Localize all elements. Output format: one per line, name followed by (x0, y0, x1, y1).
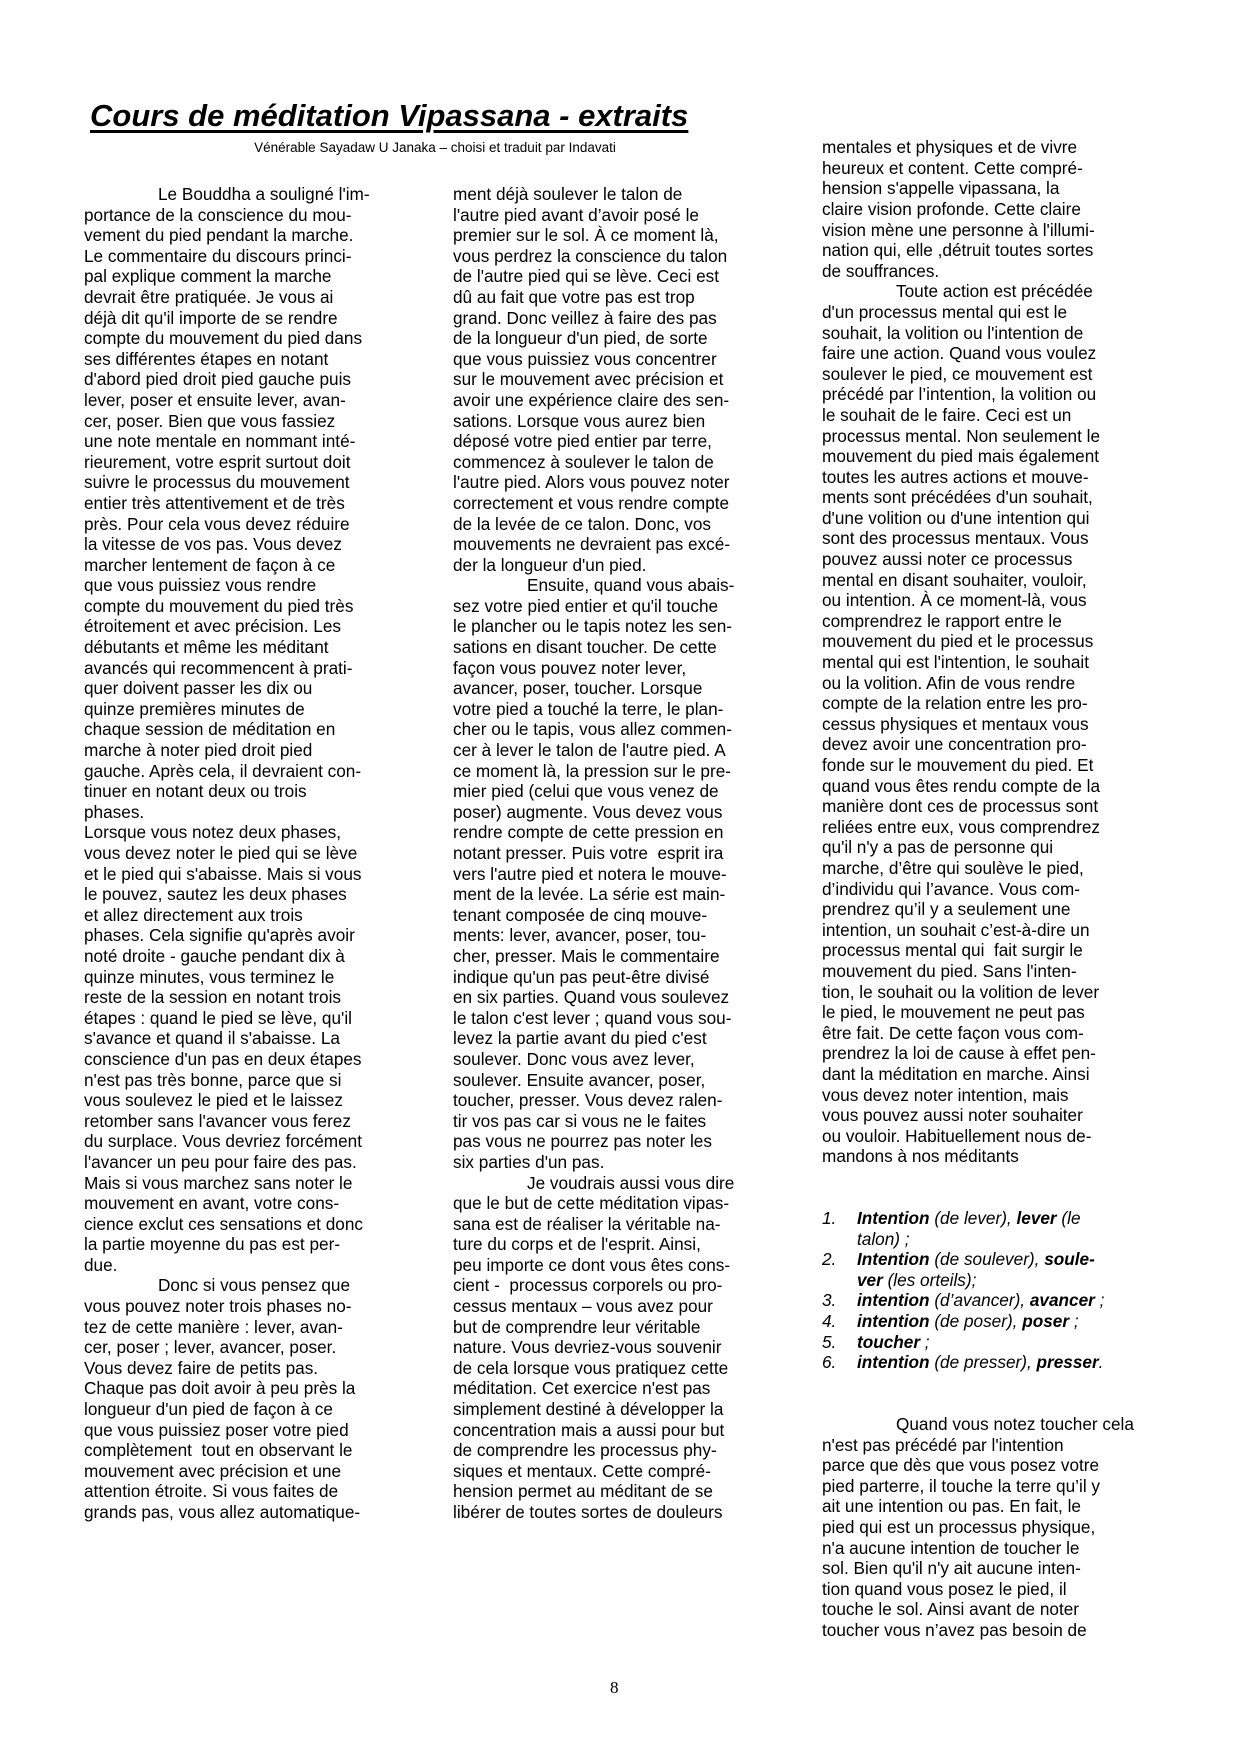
text-line: mouvement du pied et le processus (822, 631, 1134, 652)
text-line: mier pied (celui que vous venez de (453, 781, 734, 802)
text-line: claire vision profonde. Cette claire (822, 199, 1134, 220)
text-line: pouvez aussi noter ce processus (822, 549, 1134, 570)
text-line: vous perdrez la conscience du talon (453, 246, 734, 267)
text-line: que le but de cette méditation vipas- (453, 1193, 734, 1214)
text-line: six parties d'un pas. (453, 1152, 734, 1173)
text-line: le pied, le mouvement ne peut pas (822, 1002, 1134, 1023)
text-line: poser) augmente. Vous devez vous (453, 802, 734, 823)
text-line: suivre le processus du mouvement (84, 472, 370, 493)
text-line: ments: lever, avancer, poser, tou- (453, 925, 734, 946)
text-line: manière dont ces de processus sont (822, 796, 1134, 817)
text-line: du surplace. Vous devriez forcément (84, 1131, 370, 1152)
text-line: mouvement du pied. Sans l'inten- (822, 961, 1134, 982)
text-line: et allez directement aux trois (84, 905, 370, 926)
text-line: compte de la relation entre les pro- (822, 693, 1134, 714)
list-item: 4.intention (de poser), poser ; (822, 1311, 1134, 1332)
text-line: pied parterre, il touche la terre qu’il … (822, 1476, 1134, 1497)
text-line: déjà dit qu'il importe de se rendre (84, 308, 370, 329)
text-line: ment de la levée. La série est main- (453, 884, 734, 905)
text-line: prendrez la loi de cause à effet pen- (822, 1043, 1134, 1064)
text-line: soulever le pied, ce mouvement est (822, 364, 1134, 385)
list-number: 3. (822, 1290, 857, 1311)
column-3-top-text: mentales et physiques et de vivreheureux… (822, 137, 1134, 1167)
text-line: déposé votre pied entier par terre, (453, 431, 734, 452)
text-line: reliées entre eux, vous comprendrez (822, 817, 1134, 838)
text-line: portance de la conscience du mou- (84, 205, 370, 226)
text-line: noté droite - gauche pendant dix à (84, 946, 370, 967)
text-line: nation qui, elle ,détruit toutes sortes (822, 240, 1134, 261)
text-line: pied qui est un processus physique, (822, 1517, 1134, 1538)
text-line: cher, presser. Mais le commentaire (453, 946, 734, 967)
text-line: ture du corps et de l'esprit. Ainsi, (453, 1234, 734, 1255)
text-line: simplement destiné à développer la (453, 1399, 734, 1420)
text-line: façon vous pouvez noter lever, (453, 658, 734, 679)
text-line: la vitesse de vos pas. Vous devez (84, 534, 370, 555)
text-line: cer, poser ; lever, avancer, poser. (84, 1337, 370, 1358)
text-line: mentales et physiques et de vivre (822, 137, 1134, 158)
text-line: sur le mouvement avec précision et (453, 369, 734, 390)
text-line: comprendrez le rapport entre le (822, 611, 1134, 632)
text-line: marche, d’être qui soulève le pied, (822, 858, 1134, 879)
list-number: 6. (822, 1352, 857, 1373)
numbered-list: 1.Intention (de lever), lever (letalon) … (822, 1208, 1134, 1373)
text-line: ses différentes étapes en notant (84, 349, 370, 370)
text-line: prendrez qu’il y a seulement une (822, 899, 1134, 920)
text-line: Toute action est précédée (822, 281, 1134, 302)
text-line: quinze premières minutes de (84, 699, 370, 720)
text-line: mental qui est l'intention, le souhait (822, 652, 1134, 673)
text-line: mental en disant souhaiter, vouloir, (822, 570, 1134, 591)
text-line: peu importe ce dont vous êtes cons- (453, 1255, 734, 1276)
text-line: Vous devez faire de petits pas. (84, 1358, 370, 1379)
text-line: phases. (84, 802, 370, 823)
text-line: n'a aucune intention de toucher le (822, 1538, 1134, 1559)
text-line: l'autre pied. Alors vous pouvez noter (453, 472, 734, 493)
text-line: mouvement avec précision et une (84, 1461, 370, 1482)
text-line: rendre compte de cette pression en (453, 822, 734, 843)
text-line: compte du mouvement du pied très (84, 596, 370, 617)
list-item: 5.toucher ; (822, 1332, 1134, 1353)
text-line: vous pouvez aussi noter souhaiter (822, 1105, 1134, 1126)
text-line: être fait. De cette façon vous com- (822, 1023, 1134, 1044)
text-line: vous pouvez noter trois phases no- (84, 1296, 370, 1317)
text-line: vous devez noter le pied qui se lève (84, 843, 370, 864)
text-line: votre pied a touché la terre, le plan- (453, 699, 734, 720)
text-line: sana est de réaliser la véritable na- (453, 1214, 734, 1235)
text-line: soulever. Donc vous avez lever, (453, 1049, 734, 1070)
text-line: ments sont précédées d'un souhait, (822, 487, 1134, 508)
text-line: nature. Vous devriez-vous souvenir (453, 1337, 734, 1358)
text-line: ou vouloir. Habituellement nous de- (822, 1126, 1134, 1147)
text-line: tinuer en notant deux ou trois (84, 781, 370, 802)
text-line: de la levée de ce talon. Donc, vos (453, 514, 734, 535)
text-line: grands pas, vous allez automatique- (84, 1502, 370, 1523)
text-line: toucher vous n’avez pas besoin de (822, 1620, 1134, 1641)
text-line: étroitement et avec précision. Les (84, 616, 370, 637)
text-line: précédé par l’intention, la volition ou (822, 384, 1134, 405)
text-line: retomber sans l'avancer vous ferez (84, 1111, 370, 1132)
text-line: correctement et vous rendre compte (453, 493, 734, 514)
text-line: Donc si vous pensez que (84, 1275, 370, 1296)
text-line: processus mental qui fait surgir le (822, 940, 1134, 961)
text-line: d'un processus mental qui est le (822, 302, 1134, 323)
text-line: vous devez noter intention, mais (822, 1085, 1134, 1106)
text-line: méditation. Cet exercice n'est pas (453, 1378, 734, 1399)
text-line: cer, poser. Bien que vous fassiez (84, 411, 370, 432)
text-line: que vous puissiez vous concentrer (453, 349, 734, 370)
text-line: toucher, presser. Vous devez ralen- (453, 1090, 734, 1111)
text-line: devrait être pratiquée. Je vous ai (84, 287, 370, 308)
text-line: Lorsque vous notez deux phases, (84, 822, 370, 843)
text-line: conscience d'un pas en deux étapes (84, 1049, 370, 1070)
text-line: quinze minutes, vous terminez le (84, 967, 370, 988)
text-line: complètement tout en observant le (84, 1440, 370, 1461)
text-line: phases. Cela signifie qu'après avoir (84, 925, 370, 946)
text-line: sations. Lorsque vous aurez bien (453, 411, 734, 432)
text-line: de comprendre les processus phy- (453, 1440, 734, 1461)
text-line: étapes : quand le pied se lève, qu'il (84, 1008, 370, 1029)
list-number: 5. (822, 1332, 857, 1353)
text-line: mouvements ne devraient pas excé- (453, 534, 734, 555)
text-line: souhait, la volition ou l'intention de (822, 323, 1134, 344)
text-line: cessus mentaux – vous avez pour (453, 1296, 734, 1317)
text-line: notant presser. Puis votre esprit ira (453, 843, 734, 864)
text-line: avancer, poser, toucher. Lorsque (453, 678, 734, 699)
text-line: gauche. Après cela, il devraient con- (84, 761, 370, 782)
text-line: indique qu'un pas peut-être divisé (453, 967, 734, 988)
text-line: vement du pied pendant la marche. (84, 225, 370, 246)
text-line: mouvement du pied mais également (822, 446, 1134, 467)
article-title: Cours de méditation Vipassana - extraits (90, 98, 780, 134)
text-line: tion quand vous posez le pied, il (822, 1579, 1134, 1600)
text-line: Chaque pas doit avoir à peu près la (84, 1378, 370, 1399)
text-line: sations en disant toucher. De cette (453, 637, 734, 658)
text-line: et le pied qui s'abaisse. Mais si vous (84, 864, 370, 885)
text-line: débutants et même les méditant (84, 637, 370, 658)
text-line: cessus physiques et mentaux vous (822, 714, 1134, 735)
text-line: chaque session de méditation en (84, 719, 370, 740)
text-line: compte du mouvement du pied dans (84, 328, 370, 349)
text-line: lever, poser et ensuite lever, avan- (84, 390, 370, 411)
text-line: der la longueur d'un pied. (453, 555, 734, 576)
text-line: quand vous êtes rendu compte de la (822, 776, 1134, 797)
text-line: devez avoir une concentration pro- (822, 734, 1134, 755)
list-item: 6.intention (de presser), presser. (822, 1352, 1134, 1373)
text-line: levez la partie avant du pied c'est (453, 1028, 734, 1049)
text-column-1: Le Bouddha a souligné l'im-portance de l… (84, 184, 370, 1523)
text-line: premier sur le sol. À ce moment là, (453, 225, 734, 246)
text-line: tion, le souhait ou la volition de lever (822, 982, 1134, 1003)
text-line: grand. Donc veillez à faire des pas (453, 308, 734, 329)
text-line: le talon c'est lever ; quand vous sou- (453, 1008, 734, 1029)
text-line: toutes les autres actions et mouve- (822, 467, 1134, 488)
text-line: intention, un souhait c’est-à-dire un (822, 920, 1134, 941)
text-line: sez votre pied entier et qu'il touche (453, 596, 734, 617)
text-line: due. (84, 1255, 370, 1276)
text-line: l'avancer un peu pour faire des pas. (84, 1152, 370, 1173)
text-line: Quand vous notez toucher cela (822, 1414, 1134, 1435)
text-line: de la longueur d'un pied, de sorte (453, 328, 734, 349)
text-line: une note mentale en nommant inté- (84, 431, 370, 452)
list-number: 1. (822, 1208, 857, 1229)
text-line: qu'il n'y a pas de personne qui (822, 837, 1134, 858)
text-line: hension s'appelle vipassana, la (822, 178, 1134, 199)
text-line: libérer de toutes sortes de douleurs (453, 1502, 734, 1523)
text-line: dant la méditation en marche. Ainsi (822, 1064, 1134, 1085)
text-line: de cela lorsque vous pratiquez cette (453, 1358, 734, 1379)
text-line: en six parties. Quand vous soulevez (453, 987, 734, 1008)
text-line: entier très attentivement et de très (84, 493, 370, 514)
text-line: le plancher ou le tapis notez les sen- (453, 616, 734, 637)
text-line: tir vos pas car si vous ne le faites (453, 1111, 734, 1132)
text-line: marche à noter pied droit pied (84, 740, 370, 761)
text-column-3: mentales et physiques et de vivreheureux… (822, 96, 1134, 1661)
text-line: ou la volition. Afin de vous rendre (822, 673, 1134, 694)
text-line: Mais si vous marchez sans noter le (84, 1173, 370, 1194)
text-line: cient - processus corporels ou pro- (453, 1275, 734, 1296)
text-line: Le commentaire du discours princi- (84, 246, 370, 267)
list-item: 2.Intention (de soulever), soule- (822, 1249, 1134, 1270)
text-line: tenant composée de cinq mouve- (453, 905, 734, 926)
text-line: dû au fait que votre pas est trop (453, 287, 734, 308)
text-line: le pouvez, sautez les deux phases (84, 884, 370, 905)
text-line: n'est pas précédé par l'intention (822, 1435, 1134, 1456)
text-line: d’individu qui l’avance. Vous com- (822, 879, 1134, 900)
text-line: fonde sur le mouvement du pied. Et (822, 755, 1134, 776)
text-line: d'abord pied droit pied gauche puis (84, 369, 370, 390)
text-line: cience exclut ces sensations et donc (84, 1214, 370, 1235)
column-3-bottom-text: Quand vous notez toucher celan'est pas p… (822, 1414, 1134, 1641)
list-item: 1.Intention (de lever), lever (le (822, 1208, 1134, 1229)
text-line: but de comprendre leur véritable (453, 1317, 734, 1338)
text-line: ait une intention ou pas. En fait, le (822, 1496, 1134, 1517)
text-line: soulever. Ensuite avancer, poser, (453, 1070, 734, 1091)
text-line: heureux et content. Cette compré- (822, 158, 1134, 179)
text-line: siques et mentaux. Cette compré- (453, 1461, 734, 1482)
text-line: s'avance et quand il s'abaisse. La (84, 1028, 370, 1049)
text-line: ou intention. À ce moment-là, vous (822, 590, 1134, 611)
text-line: quer doivent passer les dix ou (84, 678, 370, 699)
text-line: que vous puissiez vous rendre (84, 575, 370, 596)
text-line: faire une action. Quand vous voulez (822, 343, 1134, 364)
text-line: d'une volition ou d'une intention qui (822, 508, 1134, 529)
text-line: longueur d'un pied de façon à ce (84, 1399, 370, 1420)
list-number: 2. (822, 1249, 857, 1270)
list-item: 3.intention (d’avancer), avancer ; (822, 1290, 1134, 1311)
text-line: la partie moyenne du pas est per- (84, 1234, 370, 1255)
text-line: Je voudrais aussi vous dire (453, 1173, 734, 1194)
page-number: 8 (610, 1678, 619, 1698)
text-line: vous soulevez le pied et le laissez (84, 1090, 370, 1111)
text-line: Ensuite, quand vous abais- (453, 575, 734, 596)
list-item-continuation: ver (les orteils); (822, 1270, 1134, 1291)
text-line: de l'autre pied qui se lève. Ceci est (453, 266, 734, 287)
text-line: parce que dès que vous posez votre (822, 1455, 1134, 1476)
text-line: le souhait de le faire. Ceci est un (822, 405, 1134, 426)
text-line: sol. Bien qu'il n'y ait aucune inten- (822, 1558, 1134, 1579)
text-line: pas vous ne pourrez pas noter les (453, 1131, 734, 1152)
text-line: concentration mais a aussi pour but (453, 1420, 734, 1441)
text-line: sont des processus mentaux. Vous (822, 528, 1134, 549)
text-line: cer à lever le talon de l'autre pied. A (453, 740, 734, 761)
text-line: pal explique comment la marche (84, 266, 370, 287)
list-number: 4. (822, 1311, 857, 1332)
text-line: près. Pour cela vous devez réduire (84, 514, 370, 535)
text-line: tez de cette manière : lever, avan- (84, 1317, 370, 1338)
text-line: n'est pas très bonne, parce que si (84, 1070, 370, 1091)
text-line: que vous puissiez poser votre pied (84, 1420, 370, 1441)
text-line: avancés qui recommencent à prati- (84, 658, 370, 679)
article-byline: Vénérable Sayadaw U Janaka – choisi et t… (90, 140, 780, 155)
text-line: ment déjà soulever le talon de (453, 184, 734, 205)
text-line: vision mène une personne à l'illumi- (822, 220, 1134, 241)
text-line: avoir une expérience claire des sen- (453, 390, 734, 411)
text-line: hension permet au méditant de se (453, 1481, 734, 1502)
text-line: touche le sol. Ainsi avant de noter (822, 1599, 1134, 1620)
text-line: l'autre pied avant d’avoir posé le (453, 205, 734, 226)
text-line: processus mental. Non seulement le (822, 426, 1134, 447)
text-line: reste de la session en notant trois (84, 987, 370, 1008)
list-item-continuation: talon) ; (822, 1229, 1134, 1250)
text-line: vers l'autre pied et notera le mouve- (453, 864, 734, 885)
text-line: marcher lentement de façon à ce (84, 555, 370, 576)
text-line: rieurement, votre esprit surtout doit (84, 452, 370, 473)
text-line: Le Bouddha a souligné l'im- (84, 184, 370, 205)
text-line: ce moment là, la pression sur le pre- (453, 761, 734, 782)
text-line: attention étroite. Si vous faites de (84, 1481, 370, 1502)
text-line: cher ou le tapis, vous allez commen- (453, 719, 734, 740)
text-line: de souffrances. (822, 261, 1134, 282)
text-line: commencez à soulever le talon de (453, 452, 734, 473)
text-line: mouvement en avant, votre cons- (84, 1193, 370, 1214)
text-line: mandons à nos méditants (822, 1146, 1134, 1167)
text-column-2: ment déjà soulever le talon del'autre pi… (453, 184, 734, 1523)
